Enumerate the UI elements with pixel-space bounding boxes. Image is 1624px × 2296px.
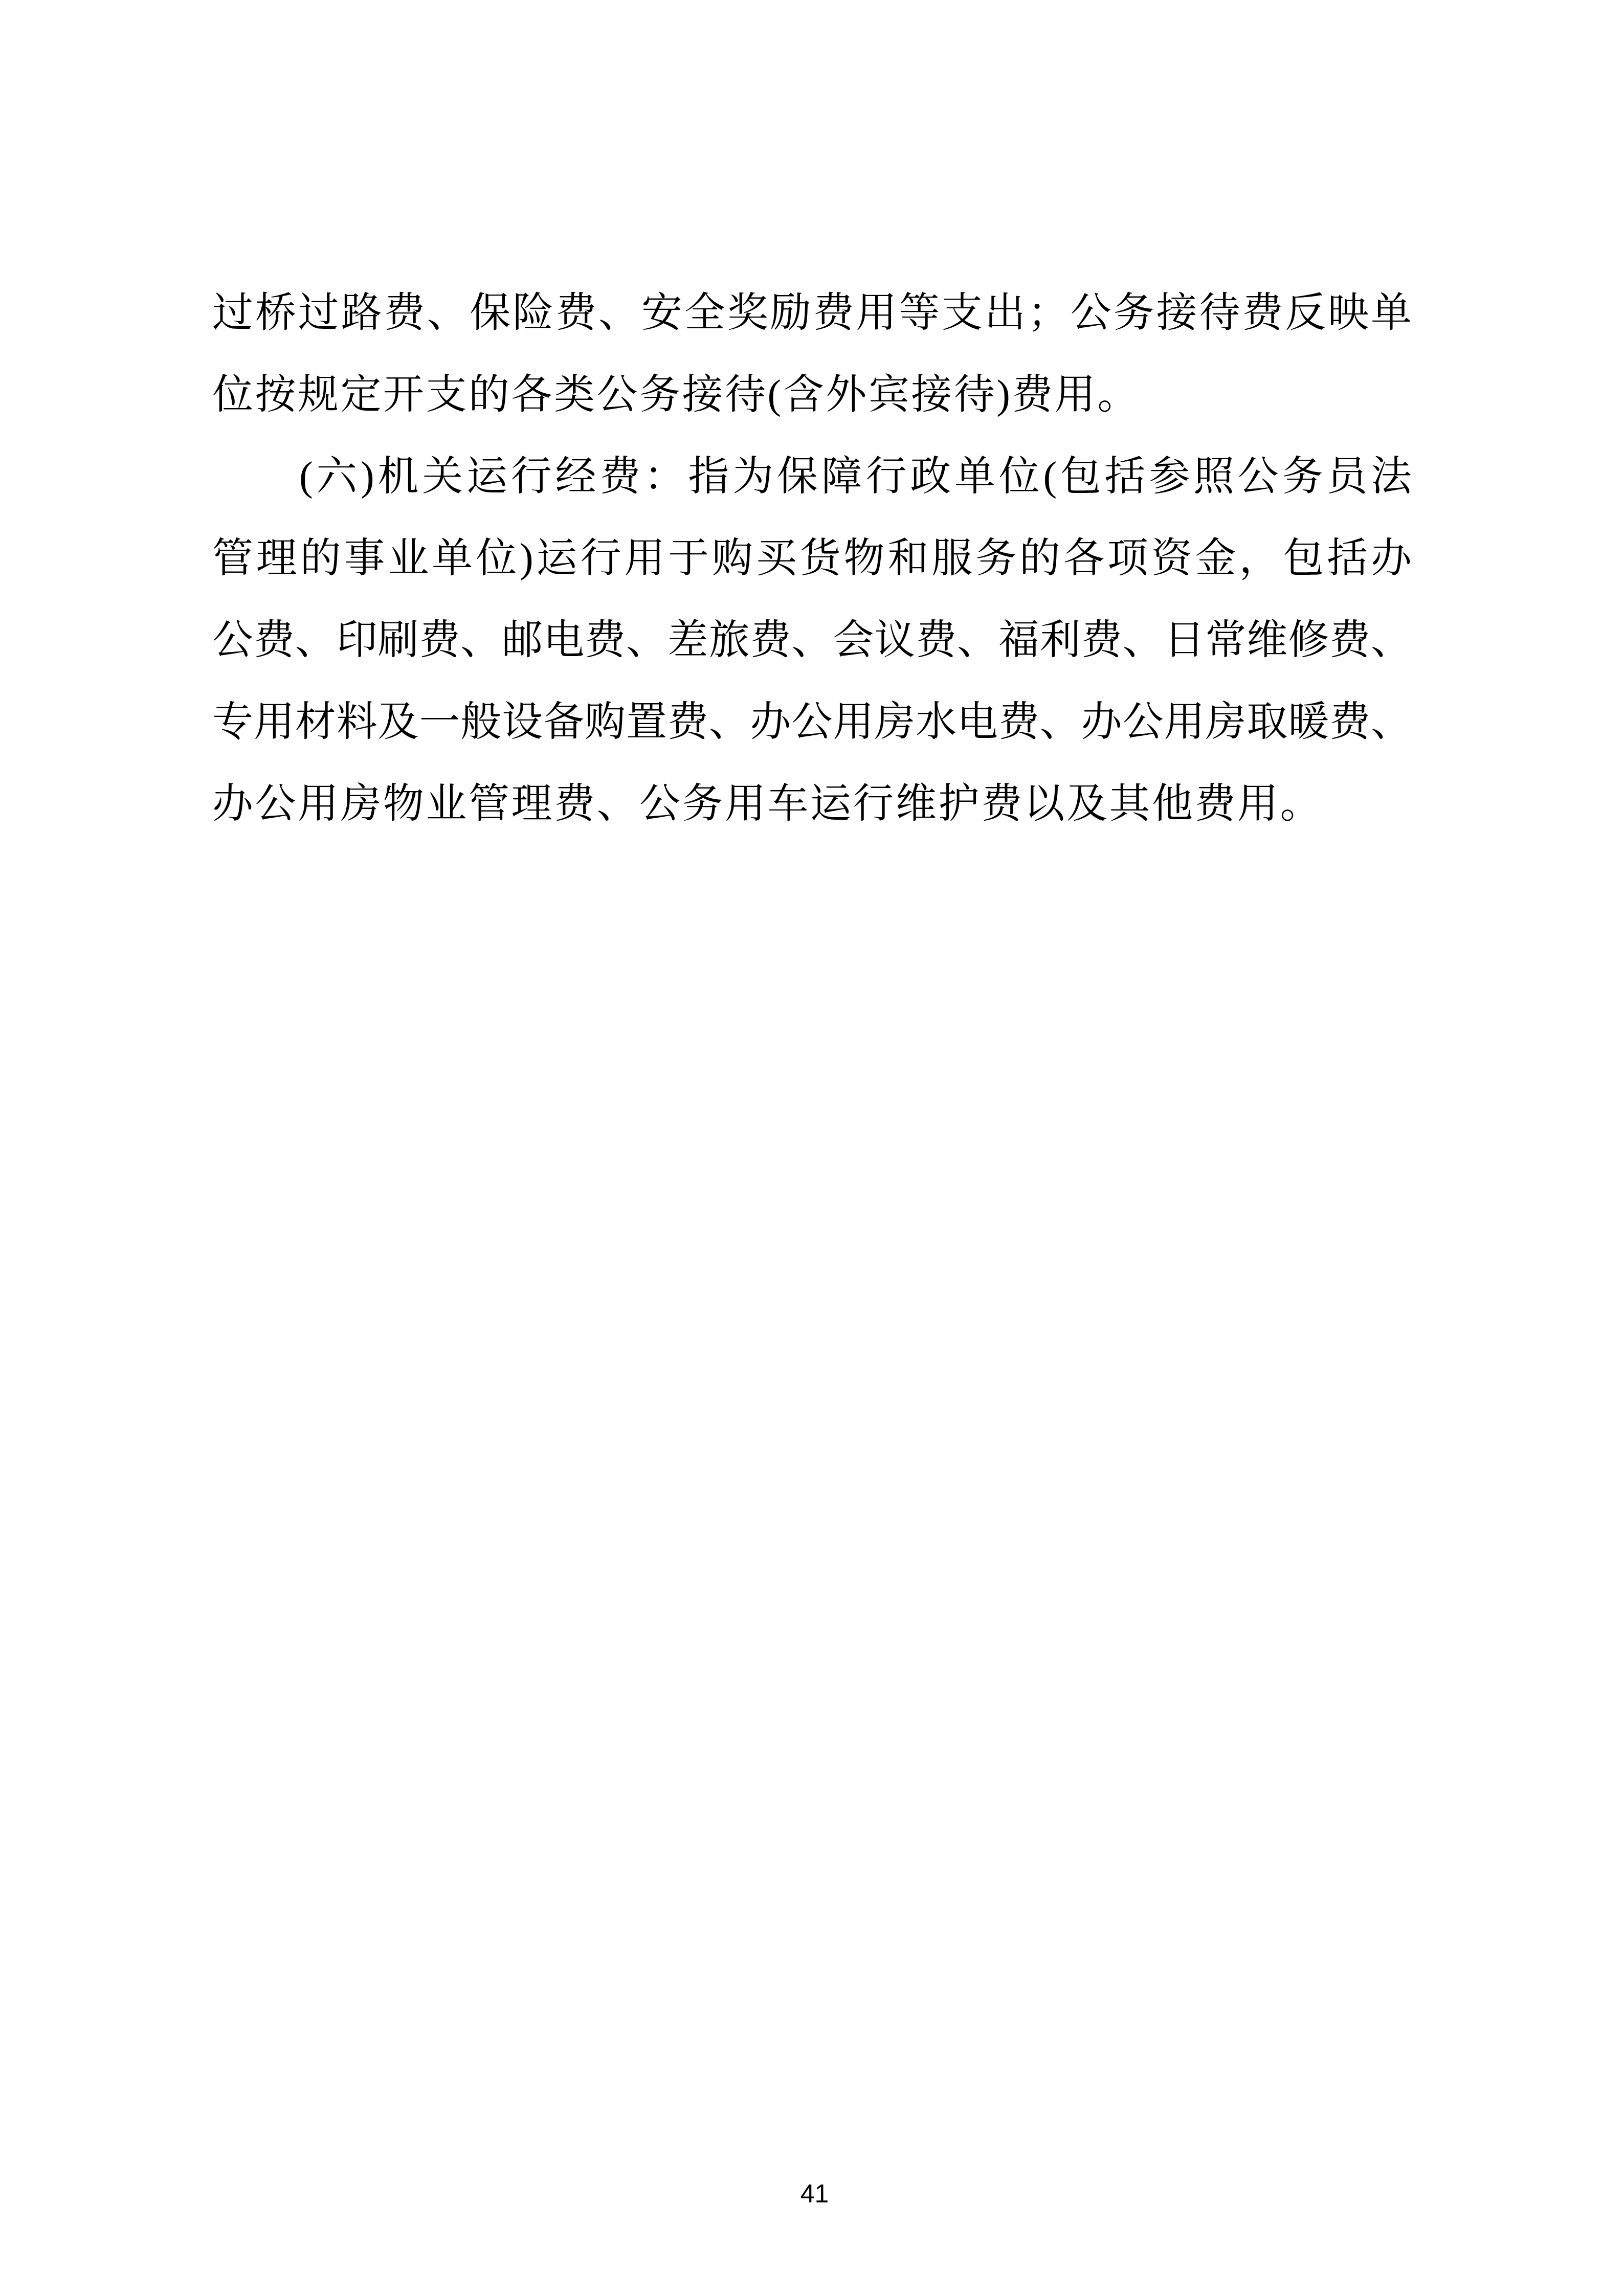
text-line: 公费、印刷费、邮电费、差旅费、会议费、福利费、日常维修费、 [212, 610, 1412, 691]
paragraph-continued: 过桥过路费、保险费、安全奖励费用等支出；公务接待费反映单 位按规定开支的各类公务… [212, 282, 1412, 446]
text-line: 管理的事业单位)运行用于购买货物和服务的各项资金，包括办 [212, 528, 1412, 610]
paragraph-section-6: (六)机关运行经费：指为保障行政单位(包括参照公务员法 管理的事业单位)运行用于… [212, 446, 1412, 855]
body-text: 过桥过路费、保险费、安全奖励费用等支出；公务接待费反映单 位按规定开支的各类公务… [212, 282, 1412, 855]
document-page: 过桥过路费、保险费、安全奖励费用等支出；公务接待费反映单 位按规定开支的各类公务… [0, 0, 1624, 2296]
text-line: 专用材料及一般设备购置费、办公用房水电费、办公用房取暖费、 [212, 691, 1412, 773]
page-number: 41 [0, 2179, 1624, 2208]
text-line: 位按规定开支的各类公务接待(含外宾接待)费用。 [212, 364, 1412, 446]
text-line: 办公用房物业管理费、公务用车运行维护费以及其他费用。 [212, 773, 1412, 855]
text-line: 过桥过路费、保险费、安全奖励费用等支出；公务接待费反映单 [212, 282, 1412, 364]
text-line-heading: (六)机关运行经费：指为保障行政单位(包括参照公务员法 [212, 446, 1412, 528]
